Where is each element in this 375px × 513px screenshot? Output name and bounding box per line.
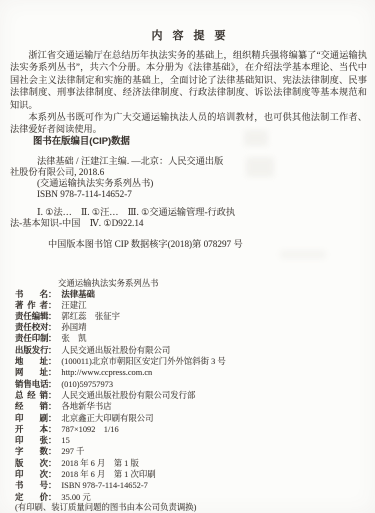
colophon-label: 网址 — [15, 367, 48, 377]
colophon-value: 787×1092 1/16 — [61, 425, 118, 435]
scan-showthrough-mark — [280, 250, 326, 259]
colophon-label: 著作者 — [15, 300, 48, 310]
colophon-value: 北京鑫正大印刷有限公司 — [61, 414, 153, 424]
colophon-value: 人民交通出版社股份有限公司发行部 — [61, 391, 195, 401]
colophon-value: 2018 年 6 月 第 1 版 — [61, 459, 138, 469]
summary-paragraphs: 浙江省交通运输厅在总结历年执法实务的基础上，组织精兵强将编纂了“交通运输执法实务… — [10, 49, 367, 136]
colophon-label: 责任校对 — [15, 322, 48, 332]
colophon-label: 版次 — [15, 458, 48, 468]
colophon-rows: 书名：法律基础著作者：汪建江责任编辑：郭红蕊 张征宇责任校对：孙国靖责任印制：张… — [15, 289, 367, 503]
colophon-value: (010)59757973 — [61, 380, 113, 390]
colophon-value: 15 — [61, 436, 69, 446]
colophon-separator: ： — [48, 413, 56, 423]
colophon-separator: ： — [48, 401, 56, 411]
summary-heading: 内容提要 — [10, 27, 367, 43]
cip-classification-block: Ⅰ. ①法… Ⅱ. ①汪… Ⅲ. ①交通运输管理-行政执法-基本知识-中国 Ⅳ.… — [10, 207, 365, 229]
colophon-label: 出版发行 — [15, 345, 48, 355]
colophon-label: 印张 — [15, 435, 48, 445]
colophon-value: http://www.ccpress.com.cn — [61, 368, 152, 378]
cip-line: ISBN 978-7-114-14652-7 — [10, 189, 365, 200]
colophon-label: 书号 — [15, 480, 48, 490]
colophon-row: 销售电话：(010)59757973 — [15, 379, 367, 390]
colophon-label: 地址 — [15, 356, 48, 366]
cip-section: 图书在版编目(CIP)数据 法律基础 / 汪建江主编. —北京：人民交通出版社股… — [10, 133, 365, 250]
colophon-row: 责任校对：孙国靖 — [15, 322, 367, 333]
colophon-label: 销售电话 — [15, 379, 48, 389]
colophon-row: 书名：法律基础 — [15, 289, 367, 299]
colophon-label: 印次 — [15, 469, 48, 479]
colophon-value: 孙国靖 — [61, 323, 86, 333]
colophon-section: 交通运输执法实务系列丛书 书名：法律基础著作者：汪建江责任编辑：郭红蕊 张征宇责… — [15, 279, 367, 513]
colophon-label: 总经销 — [15, 390, 48, 400]
colophon-row: 著作者：汪建江 — [15, 300, 367, 311]
colophon-value: 郭红蕊 张征宇 — [61, 312, 120, 322]
colophon-separator: ： — [48, 322, 56, 332]
colophon-value: 297 千 — [61, 447, 84, 457]
cip-line: 法-基本知识-中国 Ⅳ. ①D922.14 — [10, 218, 365, 229]
colophon-row: 经销：各地新华书店 — [15, 401, 367, 412]
colophon-label: 印刷 — [15, 413, 48, 423]
colophon-row: 开本：787×1092 1/16 — [15, 424, 367, 435]
colophon-value: 各地新华书店 — [61, 402, 111, 412]
colophon-label: 书名 — [15, 289, 48, 299]
colophon-value: 35.00 元 — [61, 493, 90, 503]
cip-line: 社股份有限公司, 2018.6 — [10, 167, 365, 178]
colophon-value: ISBN 978-7-114-14652-7 — [61, 481, 147, 491]
colophon-separator: ： — [48, 492, 56, 502]
colophon-row: 网址：http://www.ccpress.com.cn — [15, 367, 367, 378]
copyright-page: 内容提要 浙江省交通运输厅在总结历年执法实务的基础上，组织精兵强将编纂了“交通运… — [0, 0, 375, 513]
colophon-row: 定价：35.00 元 — [15, 492, 367, 503]
cip-record-block: 法律基础 / 汪建江主编. —北京：人民交通出版社股份有限公司, 2018.6(… — [10, 156, 365, 200]
colophon-row: 责任印制：张 凯 — [15, 333, 367, 344]
cip-line: Ⅰ. ①法… Ⅱ. ①汪… Ⅲ. ①交通运输管理-行政执 — [10, 207, 365, 218]
cip-line: (交通运输执法实务系列丛书) — [10, 178, 365, 189]
colophon-row: 出版发行：人民交通出版社股份有限公司 — [15, 345, 367, 356]
colophon-row: 印张：15 — [15, 435, 367, 446]
colophon-row: 印次：2018 年 6 月 第 1 次印刷 — [15, 469, 367, 480]
summary-section: 内容提要 浙江省交通运输厅在总结历年执法实务的基础上，组织精兵强将编纂了“交通运… — [10, 27, 367, 136]
colophon-value: 汪建江 — [61, 301, 86, 311]
series-title: 交通运输执法实务系列丛书 — [15, 279, 367, 289]
cip-line: 法律基础 / 汪建江主编. —北京：人民交通出版 — [10, 156, 365, 167]
colophon-value: 2018 年 6 月 第 1 次印刷 — [61, 470, 155, 480]
colophon-separator: ： — [48, 379, 56, 389]
colophon-note: (有印刷、装订质量问题的图书由本公司负责调换) — [15, 503, 367, 513]
summary-paragraph: 浙江省交通运输厅在总结历年执法实务的基础上，组织精兵强将编纂了“交通运输执法实务… — [10, 49, 367, 111]
colophon-separator: ： — [48, 333, 56, 343]
colophon-row: 书号：ISBN 978-7-114-14652-7 — [15, 480, 367, 491]
colophon-row: 总经销：人民交通出版社股份有限公司发行部 — [15, 390, 367, 401]
colophon-separator: ： — [48, 480, 56, 490]
colophon-label: 开本 — [15, 424, 48, 434]
colophon-separator: ： — [48, 469, 56, 479]
colophon-separator: ： — [48, 356, 56, 366]
colophon-label: 责任编辑 — [15, 311, 48, 321]
colophon-row: 印刷：北京鑫正大印刷有限公司 — [15, 413, 367, 424]
colophon-separator: ： — [48, 300, 56, 310]
colophon-separator: ： — [48, 390, 56, 400]
colophon-value: 法律基础 — [61, 289, 95, 299]
colophon-separator: ： — [48, 458, 56, 468]
colophon-row: 地址：(100011)北京市朝阳区安定门外外馆斜街 3 号 — [15, 356, 367, 367]
colophon-row: 版次：2018 年 6 月 第 1 版 — [15, 458, 367, 469]
colophon-row: 责任编辑：郭红蕊 张征宇 — [15, 311, 367, 322]
colophon-value: 张 凯 — [61, 334, 86, 344]
colophon-separator: ： — [48, 289, 56, 299]
colophon-label: 字数 — [15, 446, 48, 456]
colophon-separator: ： — [48, 311, 56, 321]
colophon-value: (100011)北京市朝阳区安定门外外馆斜街 3 号 — [61, 357, 225, 367]
colophon-label: 经销 — [15, 401, 48, 411]
cip-heading: 图书在版编目(CIP)数据 — [10, 133, 365, 147]
colophon-separator: ： — [48, 435, 56, 445]
cip-record-number: 中国版本图书馆 CIP 数据核字(2018)第 078297 号 — [10, 239, 365, 250]
colophon-value: 人民交通出版社股份有限公司 — [61, 346, 170, 356]
colophon-separator: ： — [48, 424, 56, 434]
colophon-separator: ： — [48, 345, 56, 355]
colophon-row: 字数：297 千 — [15, 446, 367, 457]
colophon-separator: ： — [48, 446, 56, 456]
colophon-label: 责任印制 — [15, 333, 48, 343]
colophon-label: 定价 — [15, 492, 48, 502]
colophon-separator: ： — [48, 367, 56, 377]
